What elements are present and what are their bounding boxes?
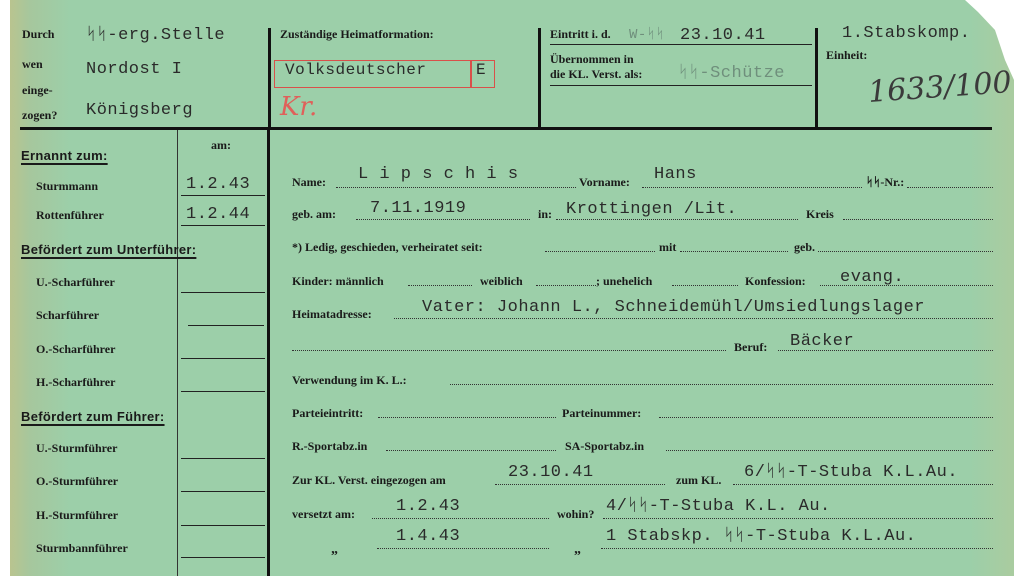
durch-value-3: Königsberg (86, 101, 193, 120)
eingezogen-label: Zur KL. Verst. eingezogen am (292, 473, 446, 488)
rank-date-line (181, 557, 265, 558)
parteinummer-label: Parteinummer: (562, 406, 641, 421)
geb-label: geb. (794, 240, 815, 255)
in-value: Krottingen /Lit. (566, 200, 737, 219)
uebernommen-label-2: die KL. Verst. als: (550, 67, 642, 82)
ssnr-line (907, 187, 993, 188)
geb-am-line (356, 219, 530, 220)
rank-o-scharfuehrer: O.-Scharführer (36, 342, 115, 357)
unehelich-line (672, 285, 738, 286)
rank-sturmmann-date: 1.2.43 (186, 175, 250, 194)
rank-h-scharfuehrer: H.-Scharführer (36, 375, 115, 390)
parteieintritt-line (378, 417, 556, 418)
heimat-label: Zuständige Heimatformation: (280, 27, 434, 42)
rank-date-line (181, 525, 265, 526)
name-line (336, 187, 576, 188)
mit-line (680, 251, 788, 252)
header-divider-2 (538, 28, 541, 128)
rank-date-line (181, 458, 265, 459)
heimatadresse-label: Heimatadresse: (292, 307, 372, 322)
rank-o-sturmfuehrer: O.-Sturmführer (36, 474, 118, 489)
rank-sturmmann: Sturmmann (36, 179, 98, 194)
rsport-line (386, 450, 556, 451)
rank-date-line (181, 491, 265, 492)
versetzt-2-date-line (377, 548, 549, 549)
parteieintritt-label: Parteieintritt: (292, 406, 363, 421)
red-handwritten-note: Kr. (280, 92, 317, 122)
heimat-stamp-letter: E (476, 61, 486, 79)
rsport-label: R.-Sportabz.in (292, 439, 367, 454)
einge-label: einge- (22, 83, 53, 98)
rank-h-sturmfuehrer: H.-Sturmführer (36, 508, 118, 523)
einheit-label: Einheit: (826, 48, 867, 63)
fuehrer-heading: Befördert zum Führer: (21, 409, 165, 424)
eintritt-prefix: W-ᛋᛋ (629, 27, 665, 43)
in-line (556, 219, 798, 220)
eintritt-line (550, 44, 812, 45)
rank-scharfuehrer: Scharführer (36, 308, 99, 323)
einheit-value: 1.Stabskomp. (842, 24, 970, 43)
versetzt-2-dest: 1 Stabskp. ᛋᛋ-T-Stuba K.L.Au. (606, 527, 916, 546)
ernannt-heading: Ernannt zum: (21, 148, 108, 163)
weiblich-line (536, 285, 596, 286)
rank-date-line (188, 325, 264, 326)
vorname-value: Hans (654, 165, 697, 184)
uebernommen-value: ᛋᛋ-Schütze (678, 64, 785, 83)
eintritt-label: Eintritt i. d. (550, 27, 611, 42)
rank-rottenfuehrer-date: 1.2.44 (186, 205, 250, 224)
rank-date-line (181, 391, 265, 392)
unehelich-label: ; unehelich (596, 274, 652, 289)
durch-value-1: ᛋᛋ-erg.Stelle (86, 26, 225, 45)
versetzt-1-dest-line (603, 518, 993, 519)
versetzt-label: versetzt am: (292, 507, 355, 522)
zum-kl-label: zum KL. (676, 473, 721, 488)
heimatadresse-line (394, 318, 993, 319)
rank-date-line (181, 292, 265, 293)
versetzt-2-dest-line (601, 548, 993, 549)
mit-label: mit (659, 240, 676, 255)
durch-label: Durch (22, 27, 54, 42)
geb-am-value: 7.11.1919 (370, 199, 466, 218)
wen-label: wen (22, 57, 43, 72)
eintritt-date: 23.10.41 (680, 26, 766, 45)
heimatadresse-value: Vater: Johann L., Schneidemühl/Umsiedlun… (422, 298, 925, 317)
heimatadresse-line-2 (292, 350, 726, 351)
kinder-label: Kinder: männlich (292, 274, 384, 289)
am-label: am: (211, 138, 231, 153)
name-label: Name: (292, 175, 326, 190)
zum-kl-line (733, 484, 993, 485)
sasport-label: SA-Sportabz.in (565, 439, 644, 454)
beruf-value: Bäcker (790, 332, 854, 351)
rank-date-line (181, 358, 265, 359)
familienstand-label: *) Ledig, geschieden, verheiratet seit: (292, 240, 483, 255)
konfession-value: evang. (840, 268, 904, 287)
ditto-mark-2: „ (574, 542, 581, 558)
name-value: L i p s c h i s (358, 165, 519, 184)
in-label: in: (538, 207, 552, 222)
zum-kl-value: 6/ᛋᛋ-T-Stuba K.L.Au. (744, 463, 958, 482)
kreis-label: Kreis (806, 207, 834, 222)
rank-u-sturmfuehrer: U.-Sturmführer (36, 441, 117, 456)
geb-line (818, 251, 993, 252)
versetzt-1-date: 1.2.43 (396, 497, 460, 516)
rank-date-line (181, 225, 265, 226)
verwendung-line (450, 384, 993, 385)
kinder-maennlich-line (408, 285, 472, 286)
geb-am-label: geb. am: (292, 207, 336, 222)
header-divider-1 (268, 28, 271, 128)
uebernommen-line (550, 85, 812, 86)
parteinummer-line (659, 417, 993, 418)
versetzt-1-date-line (372, 518, 549, 519)
ditto-mark-1: „ (331, 542, 338, 558)
versetzt-1-dest: 4/ᛋᛋ-T-Stuba K.L. Au. (606, 497, 831, 516)
eingezogen-line (495, 484, 665, 485)
rank-u-scharfuehrer: U.-Scharführer (36, 275, 115, 290)
ssnr-label: ᛋᛋ-Nr.: (866, 175, 904, 190)
eingezogen-value: 23.10.41 (508, 463, 594, 482)
rank-date-line (181, 195, 265, 196)
verwendung-label: Verwendung im K. L.: (292, 373, 407, 388)
vorname-label: Vorname: (579, 175, 630, 190)
unterfuehrer-heading: Befördert zum Unterführer: (21, 242, 196, 257)
heimat-stamp-text: Volksdeutscher (285, 61, 426, 79)
header-bottom-rule (20, 127, 992, 130)
vorname-line (642, 187, 862, 188)
durch-value-2: Nordost I (86, 60, 182, 79)
konfession-label: Konfession: (745, 274, 806, 289)
main-column-divider (267, 130, 270, 576)
header-divider-3 (815, 28, 818, 128)
familienstand-line (545, 251, 655, 252)
rank-sturmbannfuehrer: Sturmbannführer (36, 541, 128, 556)
kreis-line (843, 219, 993, 220)
ranks-date-column-divider (177, 130, 178, 576)
beruf-label: Beruf: (734, 340, 767, 355)
wohin-label: wohin? (557, 507, 594, 522)
weiblich-label: weiblich (480, 274, 523, 289)
uebernommen-label-1: Übernommen in (550, 52, 634, 67)
rank-rottenfuehrer: Rottenführer (36, 208, 104, 223)
versetzt-2-date: 1.4.43 (396, 527, 460, 546)
sasport-line (666, 450, 993, 451)
zogen-label: zogen? (22, 108, 57, 123)
